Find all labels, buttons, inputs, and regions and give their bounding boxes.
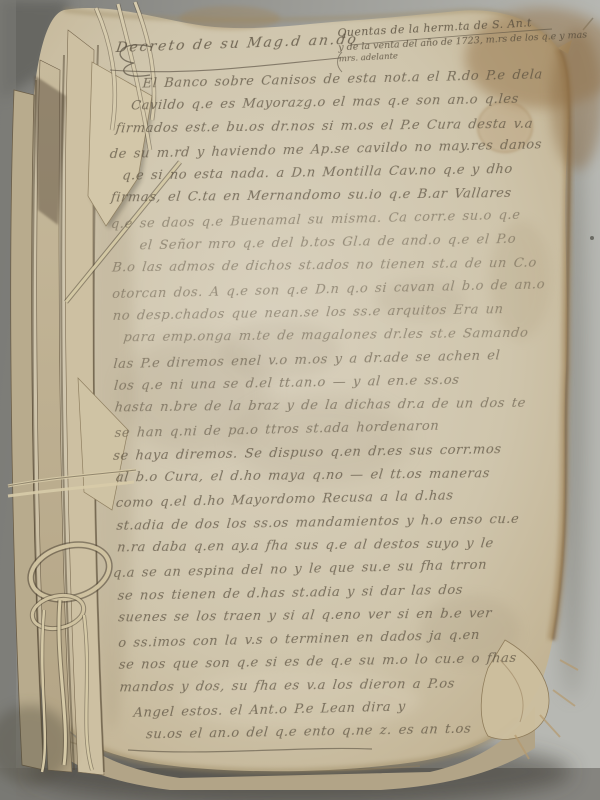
- manuscript-body: El Banco sobre Canisos de esta not.a el …: [108, 68, 572, 751]
- manuscript-photo: Decreto de su Mag.d an.do Quentas de la …: [0, 0, 600, 800]
